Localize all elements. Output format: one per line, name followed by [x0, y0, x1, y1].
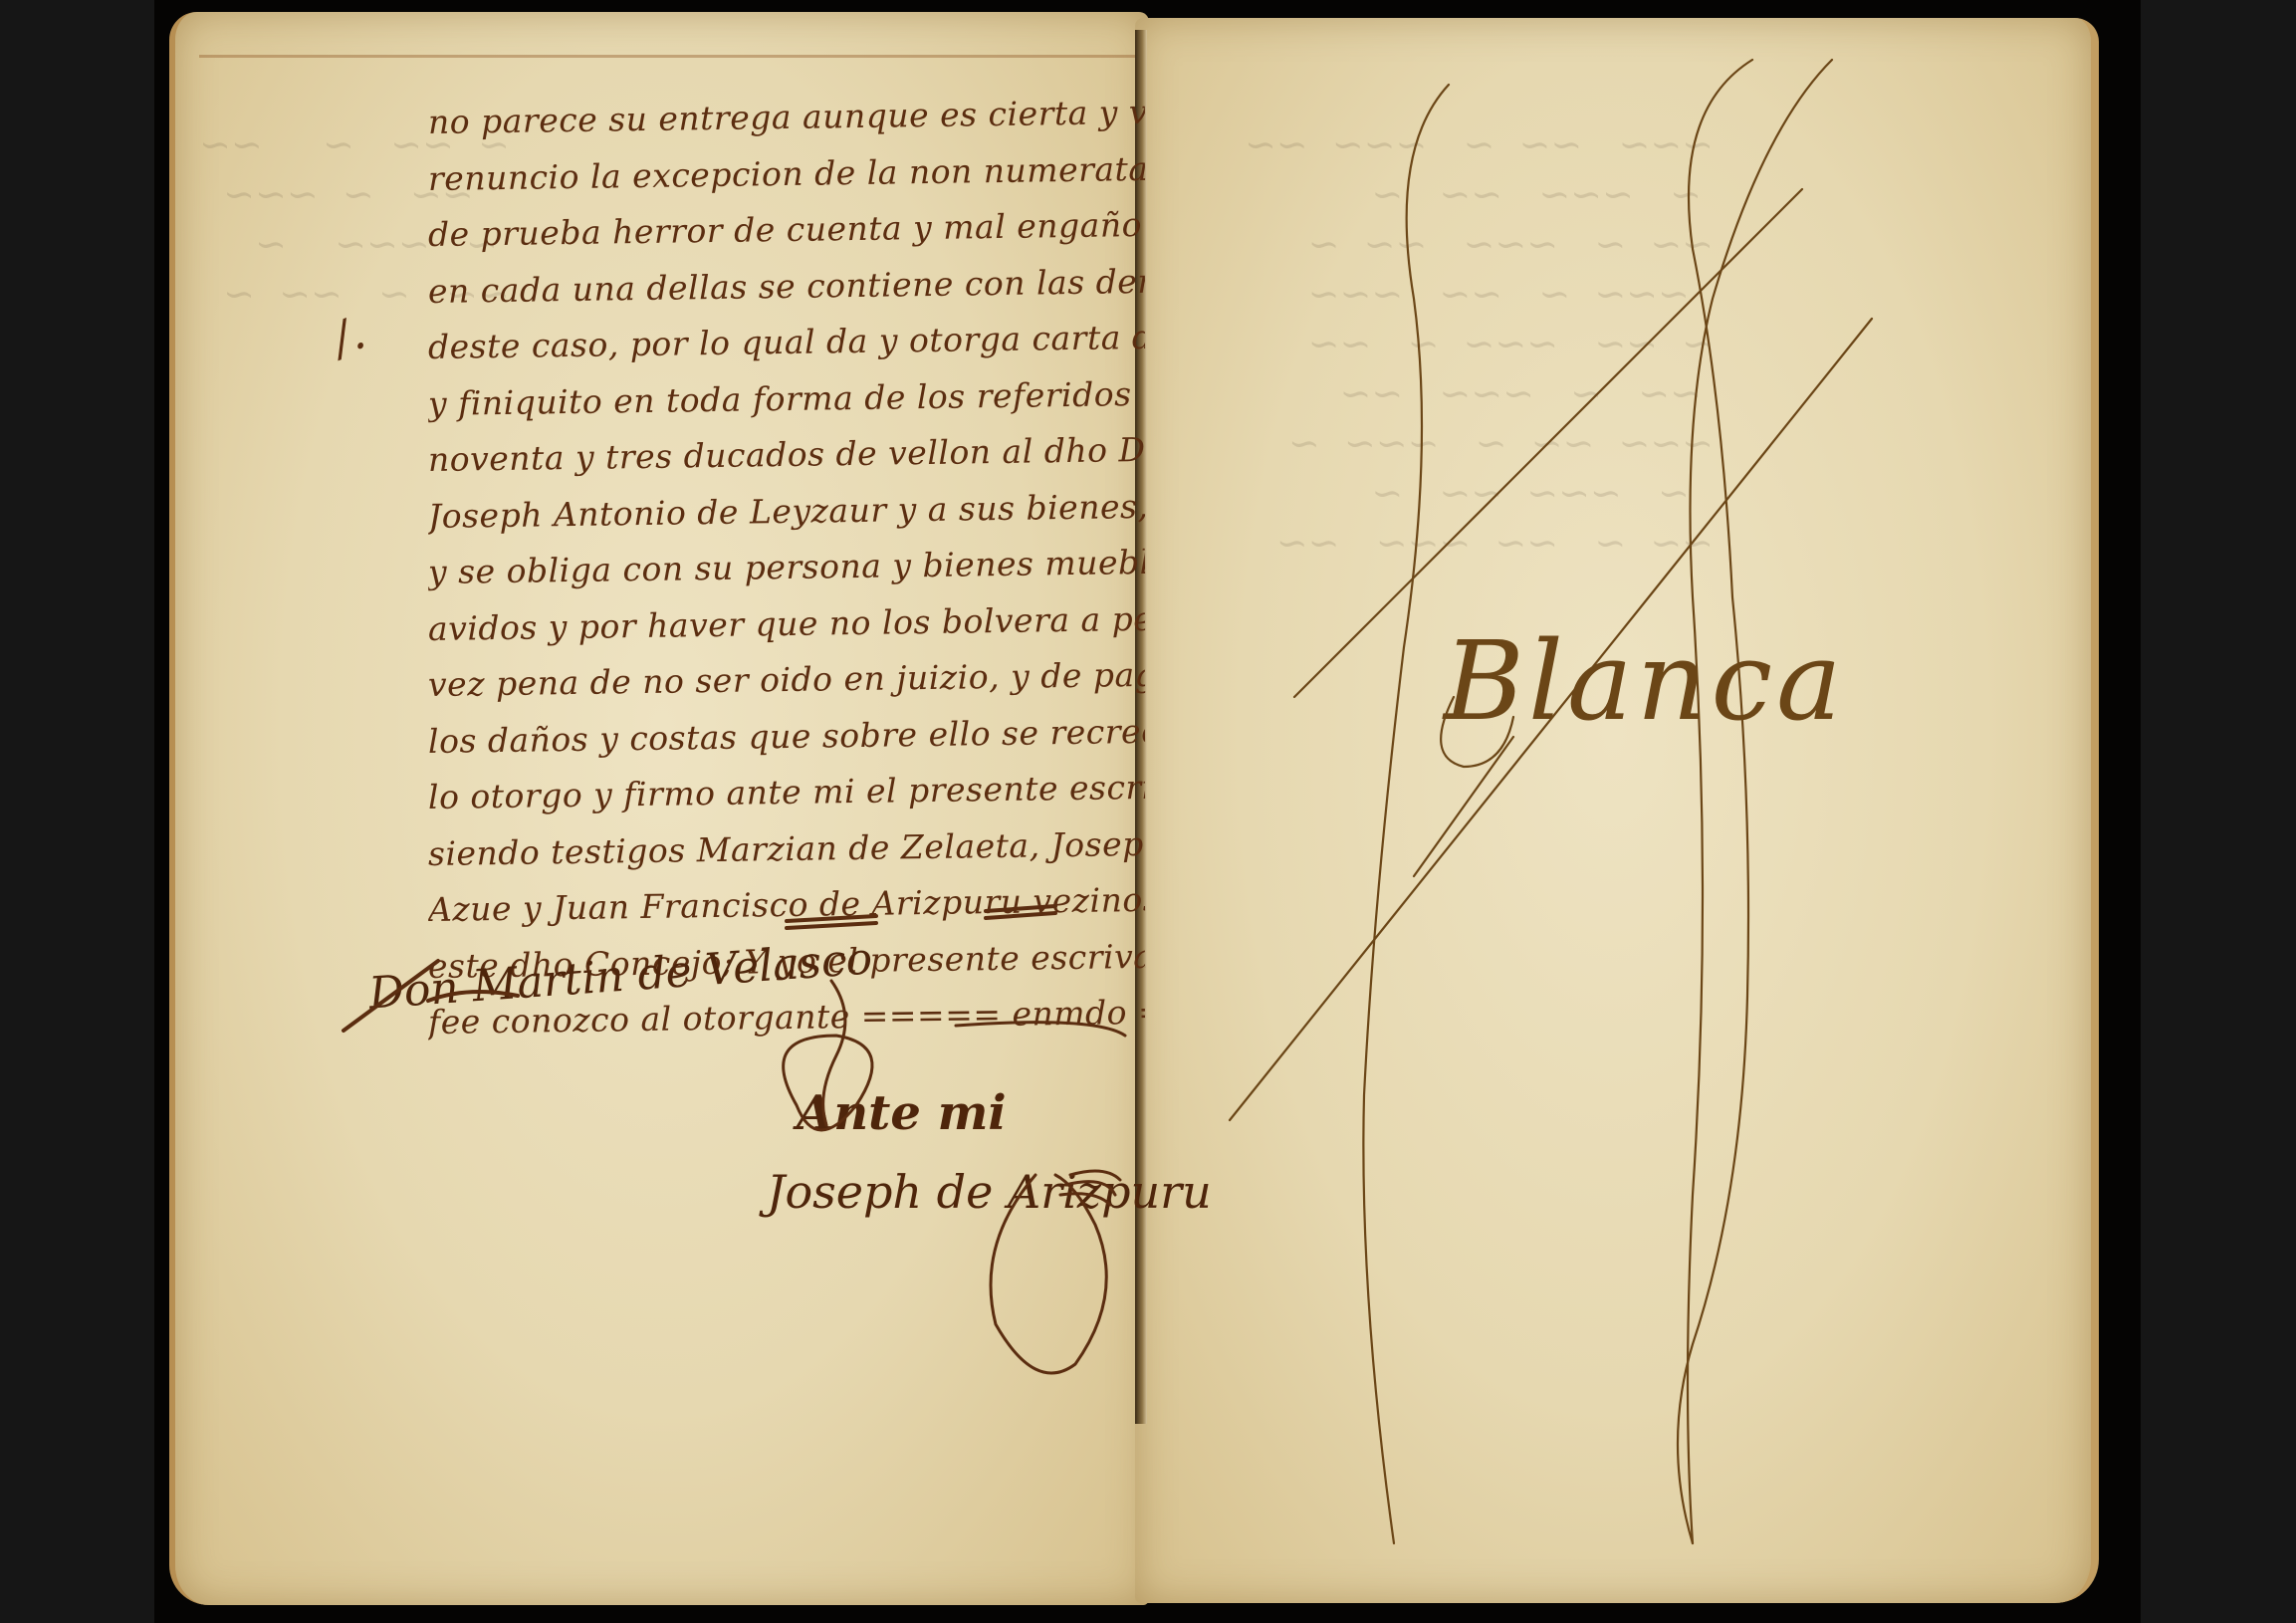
cancellation-flourishes — [1230, 60, 1872, 1543]
ink-flourishes — [0, 0, 2296, 1623]
rubric-stroke — [344, 961, 518, 1031]
